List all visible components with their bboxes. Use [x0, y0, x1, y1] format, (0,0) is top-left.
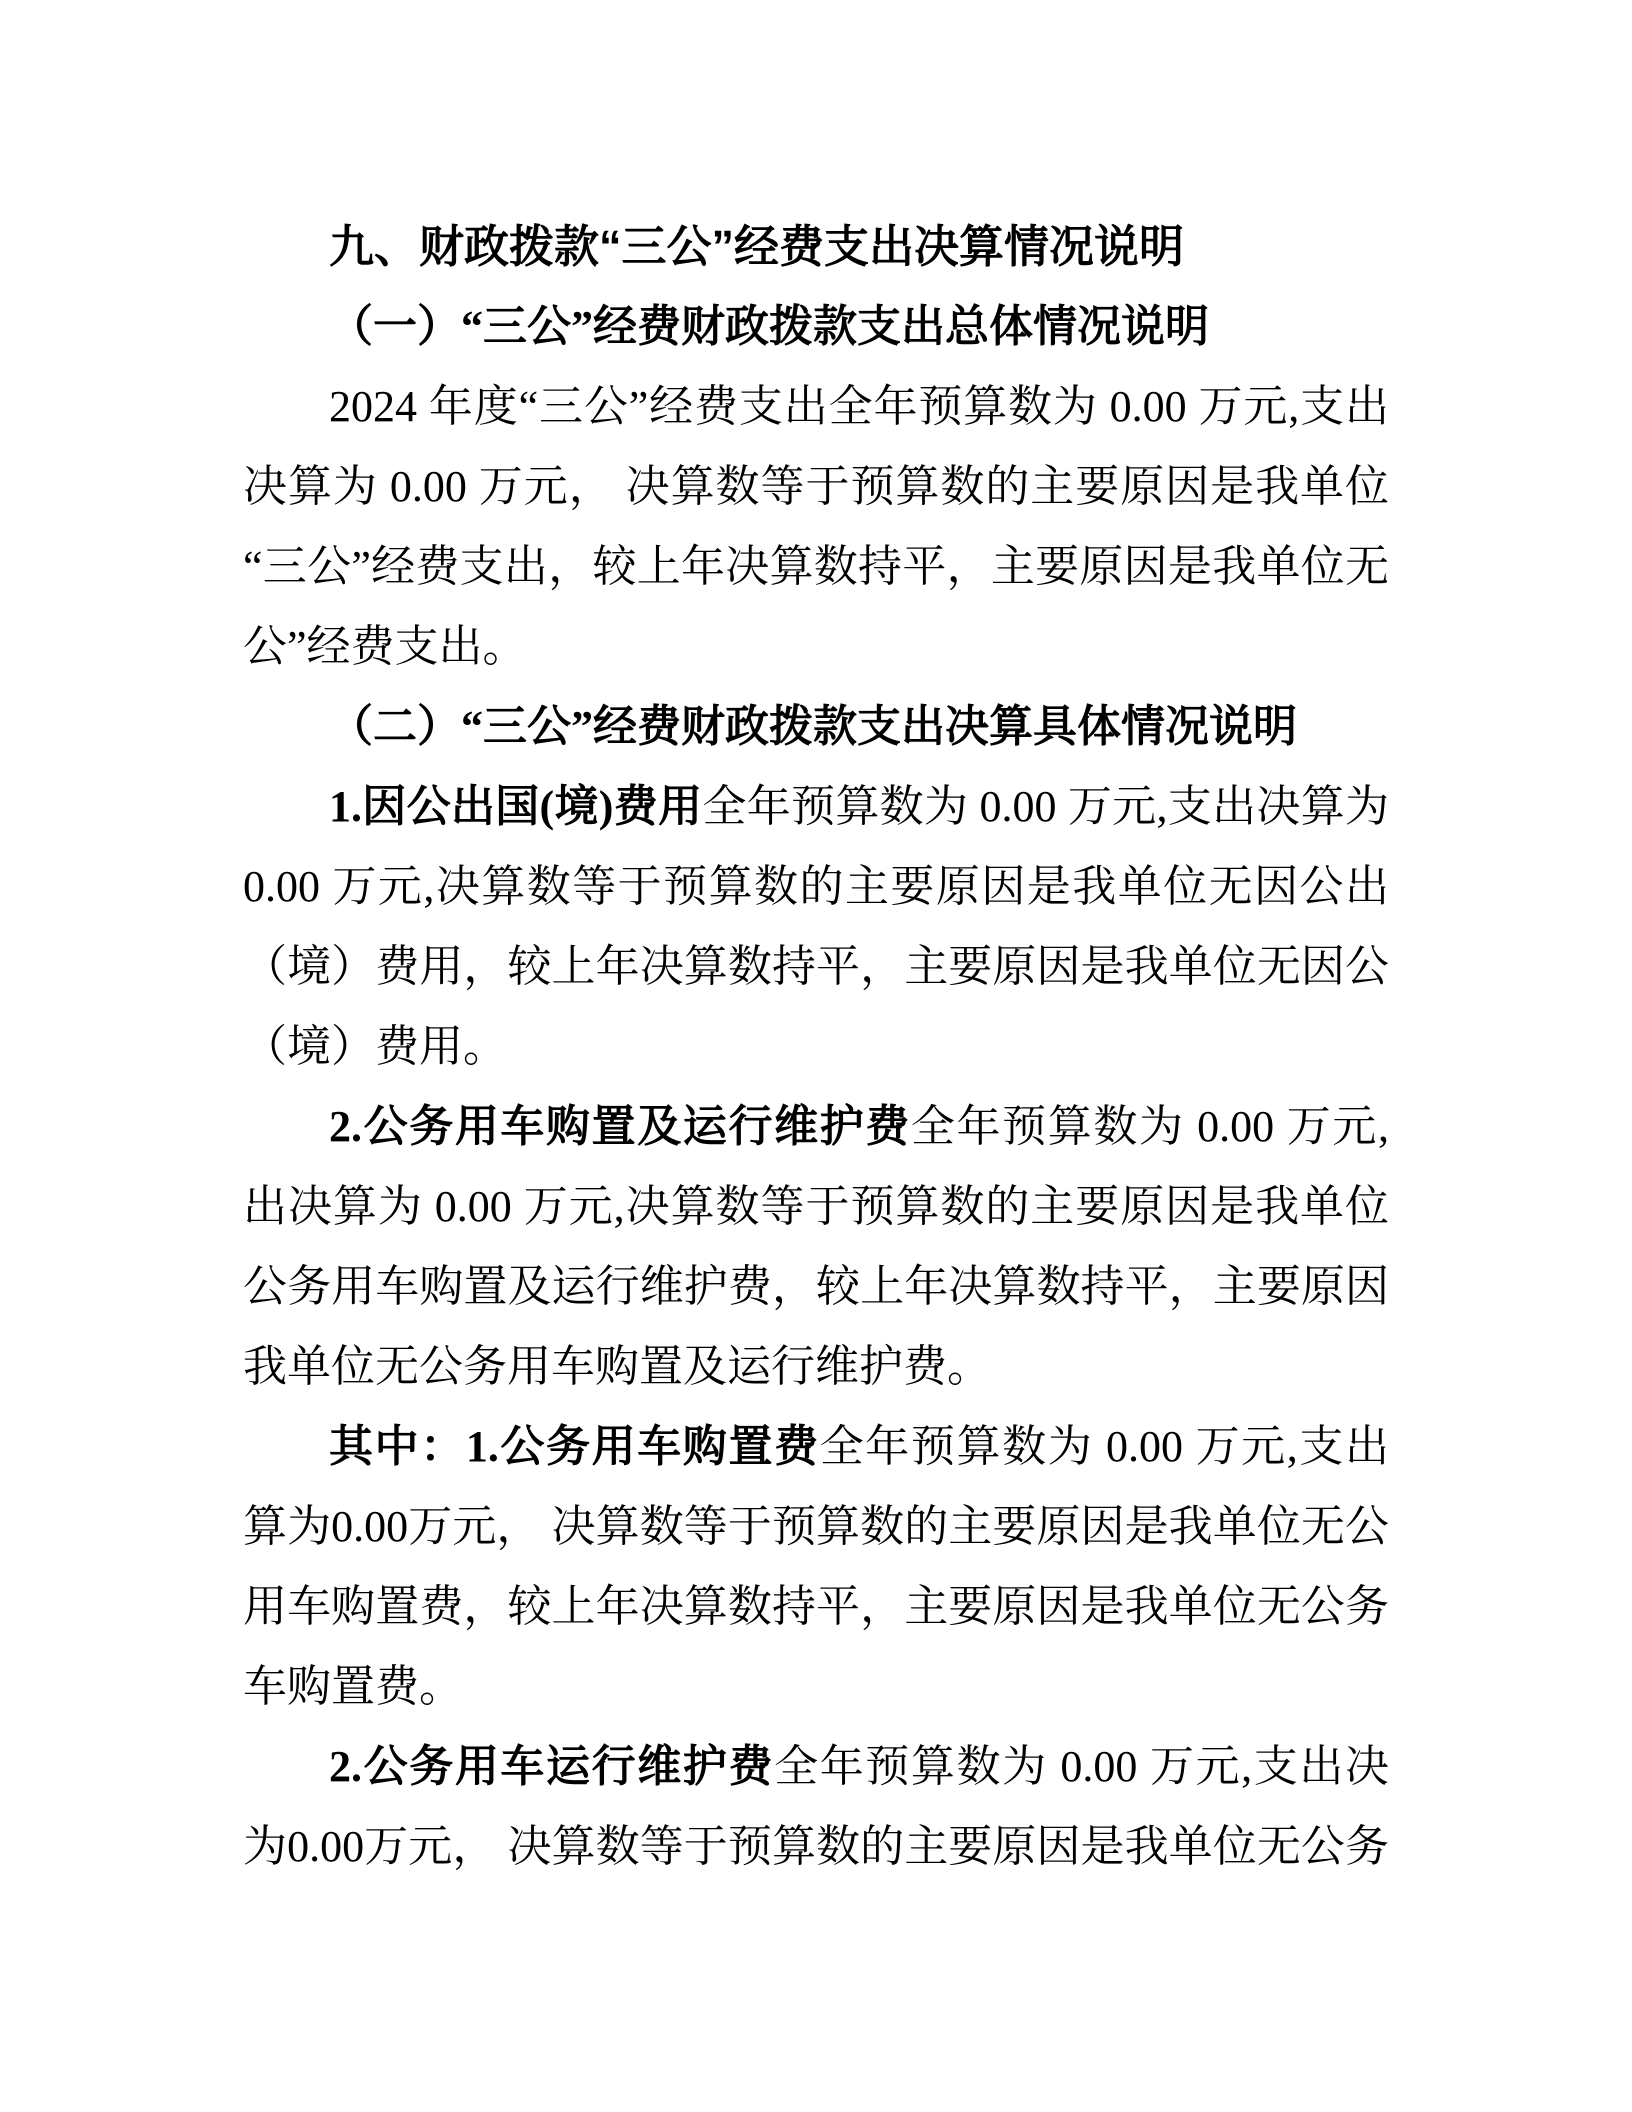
- text-line: 2024 年度“三公”经费支出全年预算数为 0.00 万元,支出: [243, 367, 1389, 447]
- text-line: （境）费用。: [243, 1007, 1389, 1087]
- text-line: 其中：1.公务用车购置费全年预算数为 0.00 万元,支出决: [243, 1407, 1389, 1487]
- text-segment: 我单位无公务用车购置及运行维护费。: [243, 1342, 991, 1391]
- text-segment: 0.00 万元,决算数等于预算数的主要原因是我单位无因公出国: [243, 862, 1389, 927]
- text-segment: （境）费用。: [243, 1022, 507, 1071]
- document-page: 九、财政拨款“三公”经费支出决算情况说明（一）“三公”经费财政拨款支出总体情况说…: [0, 0, 1632, 2112]
- text-line: （一）“三公”经费财政拨款支出总体情况说明: [243, 287, 1389, 367]
- text-segment: （一）“三公”经费财政拨款支出总体情况说明: [329, 302, 1209, 351]
- text-line: “三公”经费支出，较上年决算数持平，主要原因是我单位无三: [243, 527, 1389, 607]
- paragraph-vehicle-total: 2.公务用车购置及运行维护费全年预算数为 0.00 万元,支出决算为 0.00 …: [243, 1087, 1389, 1407]
- text-line: 车购置费。: [243, 1647, 1389, 1727]
- heading-subsection-two: （二）“三公”经费财政拨款支出决算具体情况说明: [243, 687, 1389, 767]
- text-segment: 公”经费支出。: [243, 622, 527, 671]
- text-segment: 车购置费。: [243, 1662, 463, 1711]
- paragraph-abroad-expense: 1.因公出国(境)费用全年预算数为 0.00 万元,支出决算为0.00 万元,决…: [243, 767, 1389, 1087]
- text-line: 算为0.00万元， 决算数等于预算数的主要原因是我单位无公务: [243, 1487, 1389, 1567]
- text-segment: 2.公务用车运行维护费: [329, 1742, 774, 1791]
- text-line: 公”经费支出。: [243, 607, 1389, 687]
- text-segment: 2024 年度“三公”经费支出全年预算数为 0.00 万元,支出: [329, 382, 1389, 431]
- text-line: 出决算为 0.00 万元,决算数等于预算数的主要原因是我单位无: [243, 1167, 1389, 1247]
- text-segment: （二）“三公”经费财政拨款支出决算具体情况说明: [329, 702, 1297, 751]
- text-line: 决算为 0.00 万元， 决算数等于预算数的主要原因是我单位无: [243, 447, 1389, 527]
- text-segment: 用车购置费，较上年决算数持平，主要原因是我单位无公务用: [243, 1582, 1389, 1647]
- text-segment: （境）费用，较上年决算数持平，主要原因是我单位无因公出国: [243, 942, 1389, 1007]
- paragraph-vehicle-purchase: 其中：1.公务用车购置费全年预算数为 0.00 万元,支出决算为0.00万元， …: [243, 1407, 1389, 1727]
- text-segment: 算为0.00万元， 决算数等于预算数的主要原因是我单位无公务: [243, 1502, 1389, 1567]
- text-segment: 2.公务用车购置及运行维护费: [329, 1102, 911, 1151]
- text-segment: 全年预算数为 0.00 万元,支出决算为: [702, 782, 1389, 831]
- text-segment: 决算为 0.00 万元， 决算数等于预算数的主要原因是我单位无: [243, 462, 1389, 527]
- text-line: 为0.00万元， 决算数等于预算数的主要原因是我单位无公务用: [243, 1807, 1389, 1887]
- heading-section-nine: 九、财政拨款“三公”经费支出决算情况说明: [243, 207, 1389, 287]
- text-line: （二）“三公”经费财政拨款支出决算具体情况说明: [243, 687, 1389, 767]
- text-line: 公务用车购置及运行维护费，较上年决算数持平，主要原因是: [243, 1247, 1389, 1327]
- paragraph-overall-situation: 2024 年度“三公”经费支出全年预算数为 0.00 万元,支出决算为 0.00…: [243, 367, 1389, 687]
- text-line: 0.00 万元,决算数等于预算数的主要原因是我单位无因公出国: [243, 847, 1389, 927]
- text-line: （境）费用，较上年决算数持平，主要原因是我单位无因公出国: [243, 927, 1389, 1007]
- text-segment: 为0.00万元， 决算数等于预算数的主要原因是我单位无公务用: [243, 1822, 1389, 1887]
- text-segment: “三公”经费支出，较上年决算数持平，主要原因是我单位无三: [243, 542, 1389, 607]
- paragraph-vehicle-operation: 2.公务用车运行维护费全年预算数为 0.00 万元,支出决算为0.00万元， 决…: [243, 1727, 1389, 1887]
- text-line: 2.公务用车购置及运行维护费全年预算数为 0.00 万元,支: [243, 1087, 1389, 1167]
- text-line: 我单位无公务用车购置及运行维护费。: [243, 1327, 1389, 1407]
- text-line: 2.公务用车运行维护费全年预算数为 0.00 万元,支出决算: [243, 1727, 1389, 1807]
- text-line: 1.因公出国(境)费用全年预算数为 0.00 万元,支出决算为: [243, 767, 1389, 847]
- text-segment: 其中：1.公务用车购置费: [329, 1422, 820, 1471]
- text-line: 九、财政拨款“三公”经费支出决算情况说明: [243, 207, 1389, 287]
- text-segment: 公务用车购置及运行维护费，较上年决算数持平，主要原因是: [243, 1262, 1389, 1327]
- text-segment: 1.因公出国(境)费用: [329, 782, 702, 831]
- text-segment: 九、财政拨款“三公”经费支出决算情况说明: [329, 221, 1184, 272]
- text-segment: 出决算为 0.00 万元,决算数等于预算数的主要原因是我单位无: [243, 1182, 1389, 1247]
- heading-subsection-one: （一）“三公”经费财政拨款支出总体情况说明: [243, 287, 1389, 367]
- document-body: 九、财政拨款“三公”经费支出决算情况说明（一）“三公”经费财政拨款支出总体情况说…: [243, 207, 1389, 1887]
- text-line: 用车购置费，较上年决算数持平，主要原因是我单位无公务用: [243, 1567, 1389, 1647]
